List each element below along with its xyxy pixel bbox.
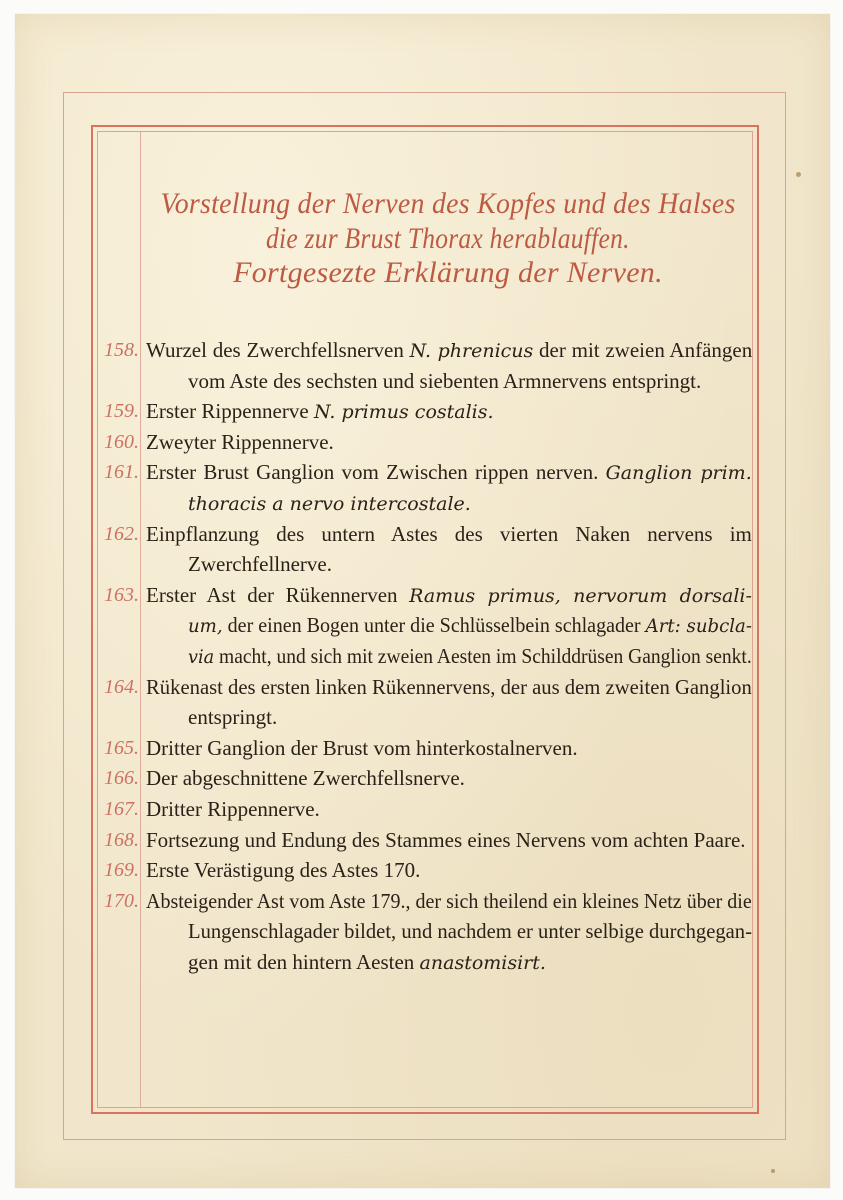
german-text: entspringt. <box>188 705 277 729</box>
latin-term: anastomisirt. <box>420 952 546 974</box>
german-text: Dritter Ganglion der Brust vom hinterkos… <box>146 736 578 760</box>
german-text: Zweyter Rippennerve. <box>146 430 334 454</box>
entry-text-line: Erster Brust Ganglion vom Zwischen rippe… <box>146 457 752 489</box>
entry-number: 170. <box>94 886 139 917</box>
ink-stain <box>771 1169 775 1173</box>
entry-number: 164. <box>94 672 139 703</box>
german-text: Dritter Rippennerve. <box>146 797 320 821</box>
latin-term: N. phrenicus <box>410 340 534 362</box>
entry-text-line: Absteigender Ast vom Aste 179., der sich… <box>146 886 752 917</box>
german-text: Rükenast des ersten linken Rükennervens,… <box>146 675 752 699</box>
entry-text-line: Erste Verästigung des Astes 170. <box>146 855 420 886</box>
german-text: macht, und sich mit zweien Aesten im Sch… <box>214 644 752 668</box>
entry-text-line: Erster Rippennerve N. primus costalis. <box>146 396 494 428</box>
entry-text-line: Lungenschlagader bildet, und nachdem er … <box>188 916 752 947</box>
latin-term: Ramus primus, nervorum dorsali- <box>409 585 752 607</box>
ink-stain <box>796 172 801 177</box>
entry-text-line: Der abgeschnittene Zwerchfellsnerve. <box>146 763 465 794</box>
title-line-2: die zur Brust Thorax herablauffen. <box>266 222 630 256</box>
entry-text-line: Erster Ast der Rükennerven Ramus primus,… <box>146 580 752 612</box>
entry-number: 166. <box>94 763 139 794</box>
entry-text-line: entspringt. <box>188 702 277 733</box>
german-text: Erster Ast der Rükennerven <box>146 583 409 607</box>
latin-term: thoracis a nervo intercostale. <box>188 493 471 515</box>
entry-number: 169. <box>94 855 139 886</box>
german-text: Lungenschlagader bildet, und nachdem er … <box>188 919 752 943</box>
entry-number: 158. <box>94 335 139 366</box>
german-text: Zwerchfellnerve. <box>188 552 332 576</box>
german-text: Wurzel des Zwerchfellsnerven <box>146 338 410 362</box>
german-text: Absteigender Ast vom Aste 179., der sich… <box>146 889 752 913</box>
german-text: Erste Verästigung des Astes 170. <box>146 858 420 882</box>
entry-number: 167. <box>94 794 139 825</box>
title-line-3: Fortgesezte Erklärung der Nerven. <box>233 256 663 290</box>
entry-number: 165. <box>94 733 139 764</box>
german-text: Erster Brust Ganglion vom Zwischen rippe… <box>146 460 606 484</box>
entry-text-line: Dritter Ganglion der Brust vom hinterkos… <box>146 733 578 764</box>
entry-number: 160. <box>94 427 139 458</box>
entry-number: 162. <box>94 519 139 550</box>
entry-text-line: Dritter Rippennerve. <box>146 794 320 825</box>
latin-term: N. primus costalis. <box>314 401 494 423</box>
entry-text-line: thoracis a nervo intercostale. <box>188 488 471 520</box>
entry-text-line: Rükenast des ersten linken Rükennervens,… <box>146 672 752 703</box>
entry-text-line: via macht, und sich mit zweien Aesten im… <box>188 641 752 673</box>
latin-term: Ganglion prim. <box>606 462 752 484</box>
german-text: Einpflanzung des untern Astes des vierte… <box>146 522 752 546</box>
entry-number: 161. <box>94 457 139 488</box>
entry-number: 159. <box>94 396 139 427</box>
entry-text-line: Wurzel des Zwerchfellsnerven N. phrenicu… <box>146 335 752 367</box>
entry-text-line: Zweyter Rippennerve. <box>146 427 334 458</box>
latin-term: via <box>188 646 214 668</box>
title-line-1: Vorstellung der Nerven des Kopfes und de… <box>160 187 735 221</box>
entry-text-line: gen mit den hintern Aesten anastomisirt. <box>188 947 546 979</box>
entry-number: 163. <box>94 580 139 611</box>
entry-text-line: Einpflanzung des untern Astes des vierte… <box>146 519 752 550</box>
german-text: der einen Bogen unter die Schlüsselbein … <box>223 613 646 637</box>
entry-text-line: Zwerchfellnerve. <box>188 549 332 580</box>
entry-number: 168. <box>94 825 139 856</box>
entry-text-line: um, der einen Bogen unter die Schlüsselb… <box>188 610 752 642</box>
entry-text-line: vom Aste des sechsten und siebenten Armn… <box>188 366 701 397</box>
german-text: Erster Rippennerve <box>146 399 314 423</box>
german-text: der mit zweien Anfängen <box>533 338 752 362</box>
german-text: vom Aste des sechsten und siebenten Armn… <box>188 369 701 393</box>
german-text: Der abgeschnittene Zwerchfellsnerve. <box>146 766 465 790</box>
german-text: gen mit den hintern Aesten <box>188 950 420 974</box>
latin-term: Art: subcla- <box>646 615 752 637</box>
german-text: Fortsezung und Endung des Stammes eines … <box>146 828 746 852</box>
entry-text-line: Fortsezung und Endung des Stammes eines … <box>146 825 746 856</box>
latin-term: um, <box>188 615 223 637</box>
